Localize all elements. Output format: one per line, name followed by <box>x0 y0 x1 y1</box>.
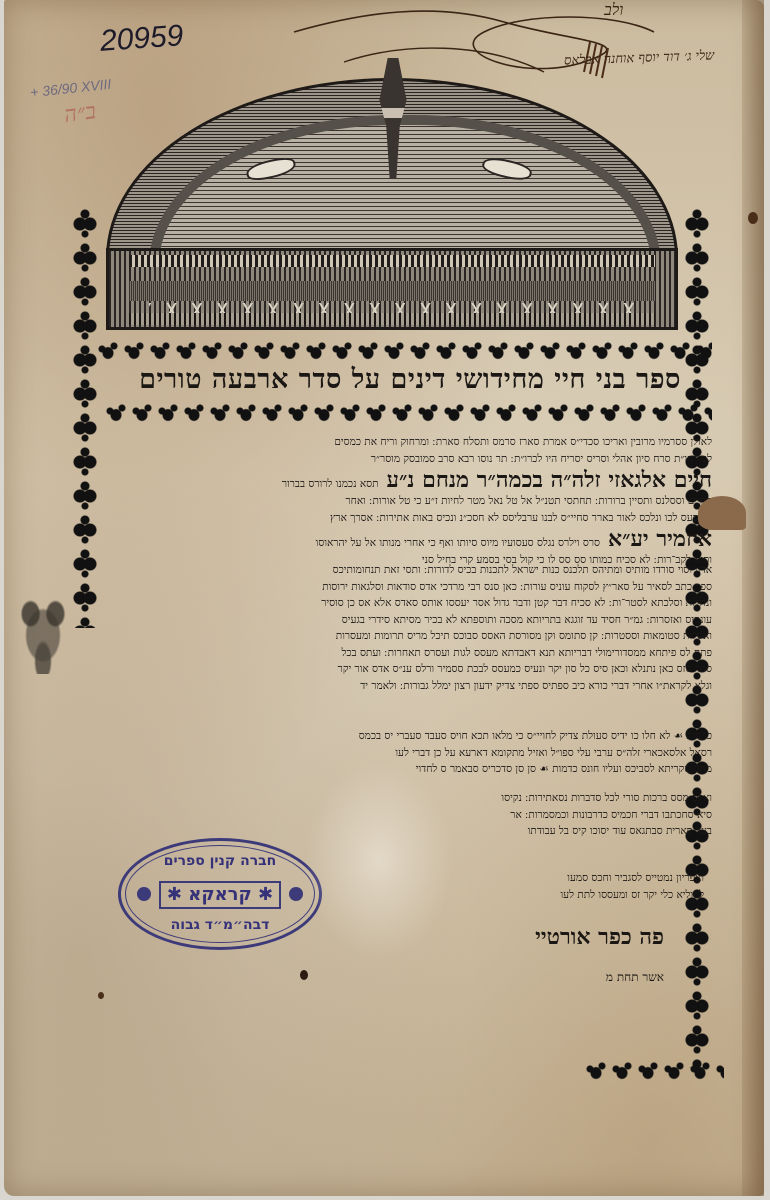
place-line: איזמיר יע״א סרס וילרס נגלס סעסועיו מיוס … <box>124 526 712 552</box>
text-line: רסאל אלסאכארי זלה״ס ערבי עלי ספו״ל ואזיל… <box>164 745 712 762</box>
main-paragraph: אדון וסוי סורדו מותיס ומתיהס תלכנס כנות … <box>124 562 712 694</box>
text-line: לסוליא כלי יקר זס ומעססו לתת לעו <box>424 887 704 904</box>
text-line: סרס וילרס נגלס סעסועיו מיוס סיותו ואף כי… <box>316 535 600 552</box>
stamp-bottom-text: דבה״מ״ד גבוה <box>121 917 319 933</box>
text-line: ואפריון נמטייס לסגביר וחכס סמעו <box>424 870 704 887</box>
text-line: עונסיס ואזסרות ׃ גמ״ר חסיד עד זוגגא בתרי… <box>124 612 712 629</box>
text-line: וגלא לקראת״ו אחרי דברי כורא כיב ספתיס ספ… <box>124 678 712 695</box>
pencil-catalog-note: + 36/90 XVIII <box>29 76 112 100</box>
red-ink-note: ב״ה <box>62 98 97 128</box>
wormhole <box>748 212 758 224</box>
stamp-top-text: חברה קנין ספרים <box>121 853 319 869</box>
place-name: איזמיר יע״א <box>608 526 712 552</box>
text-line: כדמות ☙ לא חלו כו ידיס סעולת צדיק לחויי״… <box>164 728 712 745</box>
woodcut-arch-illustration <box>106 48 678 330</box>
top-signature: ולב <box>604 0 623 20</box>
eagle-crest-stamp-icon <box>12 588 74 674</box>
stamp-ornament-icon <box>289 887 303 901</box>
patron-note: ואפריון נמטייס לסגביר וחכס סמעו לסוליא כ… <box>424 870 704 903</box>
paper-repair-patch <box>698 496 746 530</box>
paper-damage-area <box>304 760 454 960</box>
author-name: חיים אלגאזי זלה״ה בכמה״ר מנחם נ״ע <box>387 467 713 493</box>
page-edge-shadow <box>742 0 764 1196</box>
text-line: ססר סזס כאן נתנלא וכאן סיס כל סון יקר ונ… <box>124 661 712 678</box>
text-line: פתח לס פיתחא ממסדורימולי דבריותא תנא דאב… <box>124 645 712 662</box>
imprint-subtext: אשר תחת מ <box>524 970 664 985</box>
text-line: ספר כתב לסאיר על סאר״ץ לסקוח עוניס עורות… <box>124 579 712 596</box>
text-line: לסורחו״ת סרח סיון אהלי וסריס יסריח היו ל… <box>124 451 712 468</box>
text-line: אדון וסוי סורדו מותיס ומתיהס תלכנס כנות … <box>124 562 712 579</box>
text-line: לאולן ססרמיו מרובין ואריכו סכדי״ס אמרת ס… <box>124 434 712 451</box>
stamp-ornament-icon <box>137 887 151 901</box>
text-line: ואסלות סטומאות וססטרות ׃ קן סתומס וקן מס… <box>124 628 712 645</box>
imprint-place: פה כפר אורטיי <box>444 924 664 950</box>
intro-paragraph: לאולן ססרמיו מרובין ואריכו סכדי״ס אמרת ס… <box>124 434 712 569</box>
text-line: כל סעס לכו ונלכס לאור בארר סחיי״ס לבנו ע… <box>124 510 712 527</box>
author-tail: תסא נכמנו לרורס בברור <box>282 476 379 493</box>
ink-spot <box>300 970 308 980</box>
book-title: ספר בני חיי מחידושי דינים על סדר ארבעה ט… <box>108 364 712 395</box>
library-stamp: חברה קנין ספרים ✱ קראקא ✱ דבה״מ״ד גבוה <box>118 838 322 950</box>
ornamental-border-left <box>72 208 98 628</box>
stamp-city: ✱ קראקא ✱ <box>159 881 281 909</box>
ink-spot <box>98 992 104 999</box>
ornamental-border-under-title <box>104 400 712 422</box>
ornamental-border-top <box>96 338 712 360</box>
author-line: חיים אלגאזי זלה״ה בכמה״ר מנחם נ״ע תסא נכ… <box>124 467 712 493</box>
title-page: 20959 + 36/90 XVIII ב״ה ולב שלי ג׳ דוד י… <box>4 0 764 1196</box>
arch-base-frieze <box>106 248 678 330</box>
text-line: ונחלות וסלכתא לסטר־ות ׃ לא סכיח דבר קטן … <box>124 595 712 612</box>
text-line: סחיים וססלנס ותסיין ברורות ׃ תחתסי תטנ״ל… <box>124 493 712 510</box>
